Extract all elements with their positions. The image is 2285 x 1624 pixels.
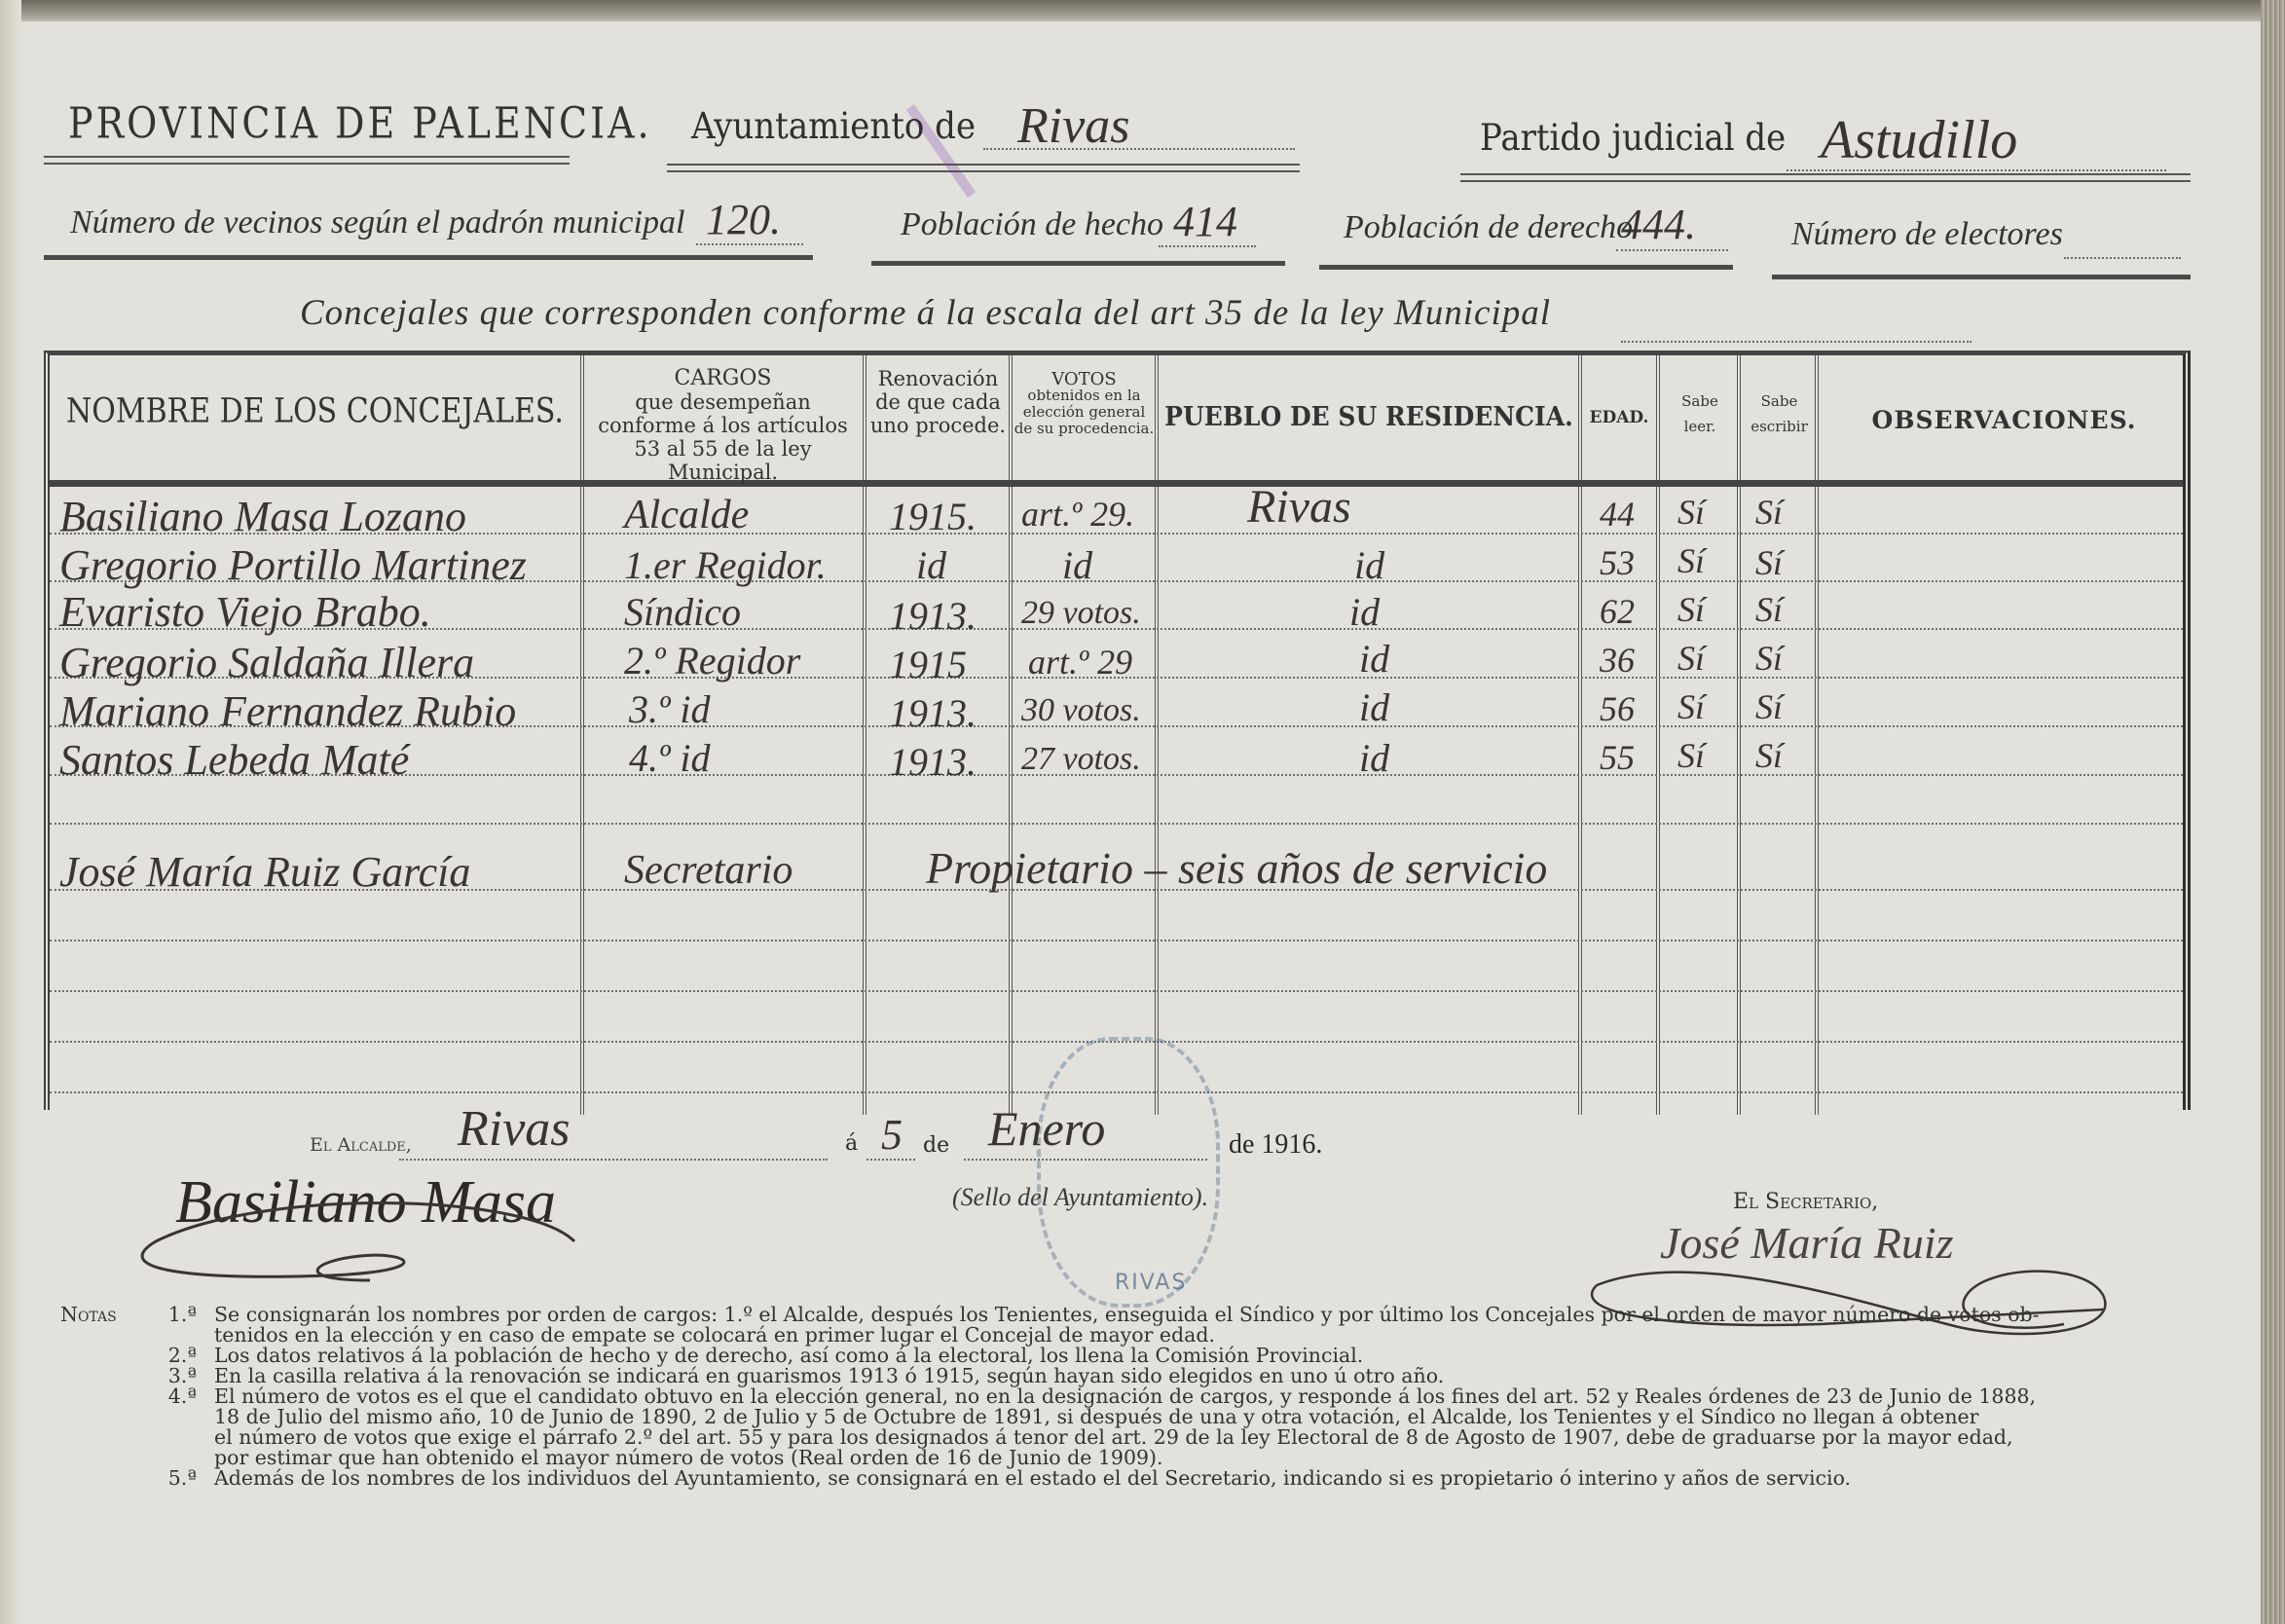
note-text: Se consignarán los nombres por orden de …: [214, 1305, 2202, 1325]
row2-underline-4: [1772, 275, 2191, 279]
row2-underline-2: [871, 261, 1285, 266]
concejales-line: Concejales que corresponden conforme á l…: [300, 292, 1551, 334]
date-month: Enero: [988, 1100, 1105, 1157]
ayuntamiento-label: Ayuntamiento de: [691, 105, 976, 148]
cell-sabe-leer: Sí: [1677, 638, 1705, 679]
col-header-votos-sub: obtenidos en la elección general de su p…: [1014, 388, 1155, 437]
cell-sabe-escribir: Sí: [1755, 542, 1783, 583]
cell-edad: 55: [1600, 737, 1635, 778]
note-text: por estimar que han obtenido el mayor nú…: [60, 1448, 2202, 1468]
cell-edad: 62: [1600, 591, 1635, 632]
note-text: el número de votos que exige el párrafo …: [60, 1427, 2202, 1448]
col-header-edad: EDAD.: [1582, 408, 1656, 427]
col-header-nombre: NOMBRE DE LOS CONCEJALES.: [50, 391, 580, 430]
note-text: tenidos en la elección y en caso de empa…: [60, 1325, 2202, 1346]
cell-edad: 56: [1600, 688, 1635, 729]
ayuntamiento-seal-stamp: [1037, 1037, 1220, 1308]
note-text: 18 de Julio del mismo año, 10 de Junio d…: [60, 1407, 2202, 1427]
cell-pueblo: id: [1349, 589, 1380, 635]
partido-label: Partido judicial de: [1480, 117, 1786, 160]
col-divider: [1737, 355, 1741, 1115]
cell-secretario-cargo: Secretario: [624, 847, 792, 894]
cell-nombre: Gregorio Saldaña Illera: [59, 638, 474, 687]
cell-secretario-nombre: José María Ruiz García: [59, 847, 470, 897]
cell-renovacion: 1915.: [889, 494, 977, 539]
cell-sabe-escribir: Sí: [1755, 735, 1783, 776]
poblacion-derecho-dots: [1616, 247, 1728, 251]
note-item-2: 2.ª Los datos relativos á la población d…: [60, 1346, 2202, 1366]
cell-pueblo: id: [1354, 542, 1384, 588]
cell-sabe-leer: Sí: [1677, 686, 1705, 727]
note-item-5: 5.ª Además de los nombres de los individ…: [60, 1468, 2202, 1489]
cell-sabe-leer: Sí: [1677, 589, 1705, 630]
date-place: Rivas: [458, 1100, 571, 1158]
poblacion-derecho-value: 444.: [1621, 200, 1696, 249]
header-bottom-rule: [50, 480, 2183, 487]
partido-value: Astudillo: [1821, 109, 2017, 171]
concejales-table: NOMBRE DE LOS CONCEJALES. CARGOS que des…: [44, 351, 2191, 1110]
cell-pueblo: Rivas: [1247, 480, 1351, 534]
cell-edad: 44: [1600, 494, 1635, 535]
col-header-sabe-escribir: Sabe escribir: [1744, 388, 1815, 439]
cell-renovacion: 1913.: [889, 690, 977, 736]
cell-edad: 36: [1600, 640, 1635, 681]
cell-pueblo: id: [1359, 636, 1389, 682]
book-top-edge: [0, 0, 2285, 21]
cell-votos: 27 votos.: [1021, 741, 1141, 778]
col-divider: [1656, 355, 1660, 1115]
date-year: de 1916.: [1229, 1129, 1322, 1161]
alcalde-flourish-icon: [117, 1183, 604, 1290]
book-left-edge: [0, 0, 21, 1624]
notes-section: Notas 1.ª Se consignarán los nombres por…: [60, 1305, 2202, 1489]
book-spine-edge: [2261, 0, 2285, 1624]
col-header-pueblo: PUEBLO DE SU RESIDENCIA.: [1160, 401, 1578, 432]
cell-sabe-escribir: Sí: [1755, 686, 1783, 727]
note-item-1: Notas 1.ª Se consignarán los nombres por…: [60, 1305, 2202, 1325]
provincia-underline: [44, 156, 570, 165]
note-item-4: 4.ª El número de votos es el que el cand…: [60, 1386, 2202, 1407]
cell-cargo: 1.er Regidor.: [624, 542, 827, 588]
col-divider: [1578, 355, 1582, 1115]
cell-nombre: Gregorio Portillo Martinez: [59, 540, 527, 590]
cell-edad: 53: [1600, 542, 1635, 583]
cell-votos: 29 votos.: [1021, 595, 1141, 632]
note-number: 4.ª: [138, 1386, 214, 1407]
cell-sabe-leer: Sí: [1677, 492, 1705, 533]
stamp-text: RIVAS: [1115, 1271, 1187, 1295]
ayuntamiento-underline: [667, 164, 1300, 172]
date-a: á: [845, 1131, 858, 1156]
cell-renovacion: 1913.: [889, 739, 977, 785]
provincia-title: PROVINCIA DE PALENCIA.: [68, 98, 652, 148]
col-header-sabe-leer: Sabe leer.: [1666, 388, 1734, 439]
vecinos-value: 120.: [706, 195, 781, 244]
cell-sabe-leer: Sí: [1677, 735, 1705, 776]
cell-votos: id: [1062, 542, 1092, 588]
electores-dots: [2064, 255, 2181, 259]
cell-cargo: 4.º id: [629, 735, 711, 781]
date-day-dots: [866, 1157, 915, 1161]
cell-cargo: Síndico: [624, 589, 741, 635]
note-text: El número de votos es el que el candidat…: [214, 1386, 2202, 1407]
date-place-dots: [399, 1157, 828, 1161]
row-rule: [50, 940, 2183, 941]
row-rule: [50, 823, 2183, 825]
poblacion-hecho-label: Población de hecho: [901, 206, 1163, 243]
note-number: 1.ª: [138, 1305, 214, 1325]
col-divider: [863, 355, 866, 1115]
vecinos-label: Número de vecinos según el padrón munici…: [70, 204, 684, 241]
cell-sabe-escribir: Sí: [1755, 638, 1783, 679]
cell-renovacion: id: [916, 542, 946, 588]
col-header-votos: VOTOS obtenidos en la elección general d…: [1014, 371, 1155, 437]
cell-nombre: Santos Lebeda Maté: [59, 735, 409, 785]
partido-underline: [1460, 173, 2191, 182]
note-number: 2.ª: [138, 1346, 214, 1366]
note-text: Los datos relativos á la población de he…: [214, 1346, 2202, 1366]
col-divider: [1009, 355, 1013, 1115]
cell-pueblo: id: [1359, 735, 1389, 781]
cell-sabe-escribir: Sí: [1755, 589, 1783, 630]
ayuntamiento-value: Rivas: [1017, 97, 1130, 155]
electores-label: Número de electores: [1791, 216, 2063, 253]
col-header-observaciones: OBSERVACIONES.: [1822, 406, 2187, 434]
cell-votos: art.º 29.: [1021, 494, 1134, 535]
col-header-votos-title: VOTOS: [1014, 371, 1155, 388]
row2-underline-3: [1319, 265, 1733, 270]
cell-nombre: Basiliano Masa Lozano: [59, 492, 466, 541]
note-item-3: 3.ª En la casilla relativa á la renovaci…: [60, 1366, 2202, 1386]
col-header-cargos-sub: que desempeñan conforme á los artículos …: [583, 390, 863, 484]
cell-votos: 30 votos.: [1021, 692, 1141, 729]
col-header-cargos: CARGOS que desempeñan conforme á los art…: [583, 367, 863, 484]
date-de: de: [923, 1133, 949, 1158]
cell-sabe-leer: Sí: [1677, 540, 1705, 581]
row-rule: [50, 990, 2183, 992]
vecinos-dots: [696, 241, 803, 245]
cell-votos: art.º 29: [1028, 642, 1132, 683]
notes-label: Notas: [60, 1305, 138, 1325]
col-divider: [1815, 355, 1819, 1115]
col-divider: [1155, 355, 1159, 1115]
cell-renovacion: 1913.: [889, 593, 977, 639]
cell-renovacion: 1915: [889, 642, 967, 687]
cell-nombre: Mariano Fernandez Rubio: [59, 686, 516, 736]
col-header-renovacion: Renovación de que cada uno procede.: [867, 367, 1009, 437]
cell-pueblo: id: [1359, 684, 1389, 730]
note-number: 5.ª: [138, 1468, 214, 1489]
cell-cargo: 3.º id: [629, 686, 711, 732]
cell-cargo: 2.º Regidor: [624, 638, 800, 683]
sello-label: (Sello del Ayuntamiento).: [952, 1183, 1208, 1212]
col-header-cargos-title: CARGOS: [583, 367, 863, 390]
poblacion-hecho-dots: [1159, 243, 1256, 247]
cell-secretario-note: Propietario – seis años de servicio: [926, 842, 1547, 894]
cell-nombre: Evaristo Viejo Brabo.: [59, 587, 431, 637]
date-day: 5: [881, 1110, 903, 1160]
date-month-dots: [964, 1157, 1207, 1161]
note-text: Además de los nombres de los individuos …: [214, 1468, 2202, 1489]
note-number: 3.ª: [138, 1366, 214, 1386]
poblacion-derecho-label: Población de derecho: [1344, 209, 1633, 246]
concejales-dots: [1621, 339, 1972, 343]
secretario-label: El Secretario,: [1733, 1190, 1878, 1214]
alcalde-label: El Alcalde,: [310, 1134, 412, 1156]
row2-underline-1: [44, 255, 813, 260]
note-text: En la casilla relativa á la renovación s…: [214, 1366, 2202, 1386]
poblacion-hecho-value: 414: [1173, 197, 1237, 246]
cell-sabe-escribir: Sí: [1755, 492, 1783, 533]
cell-cargo: Alcalde: [624, 492, 749, 538]
